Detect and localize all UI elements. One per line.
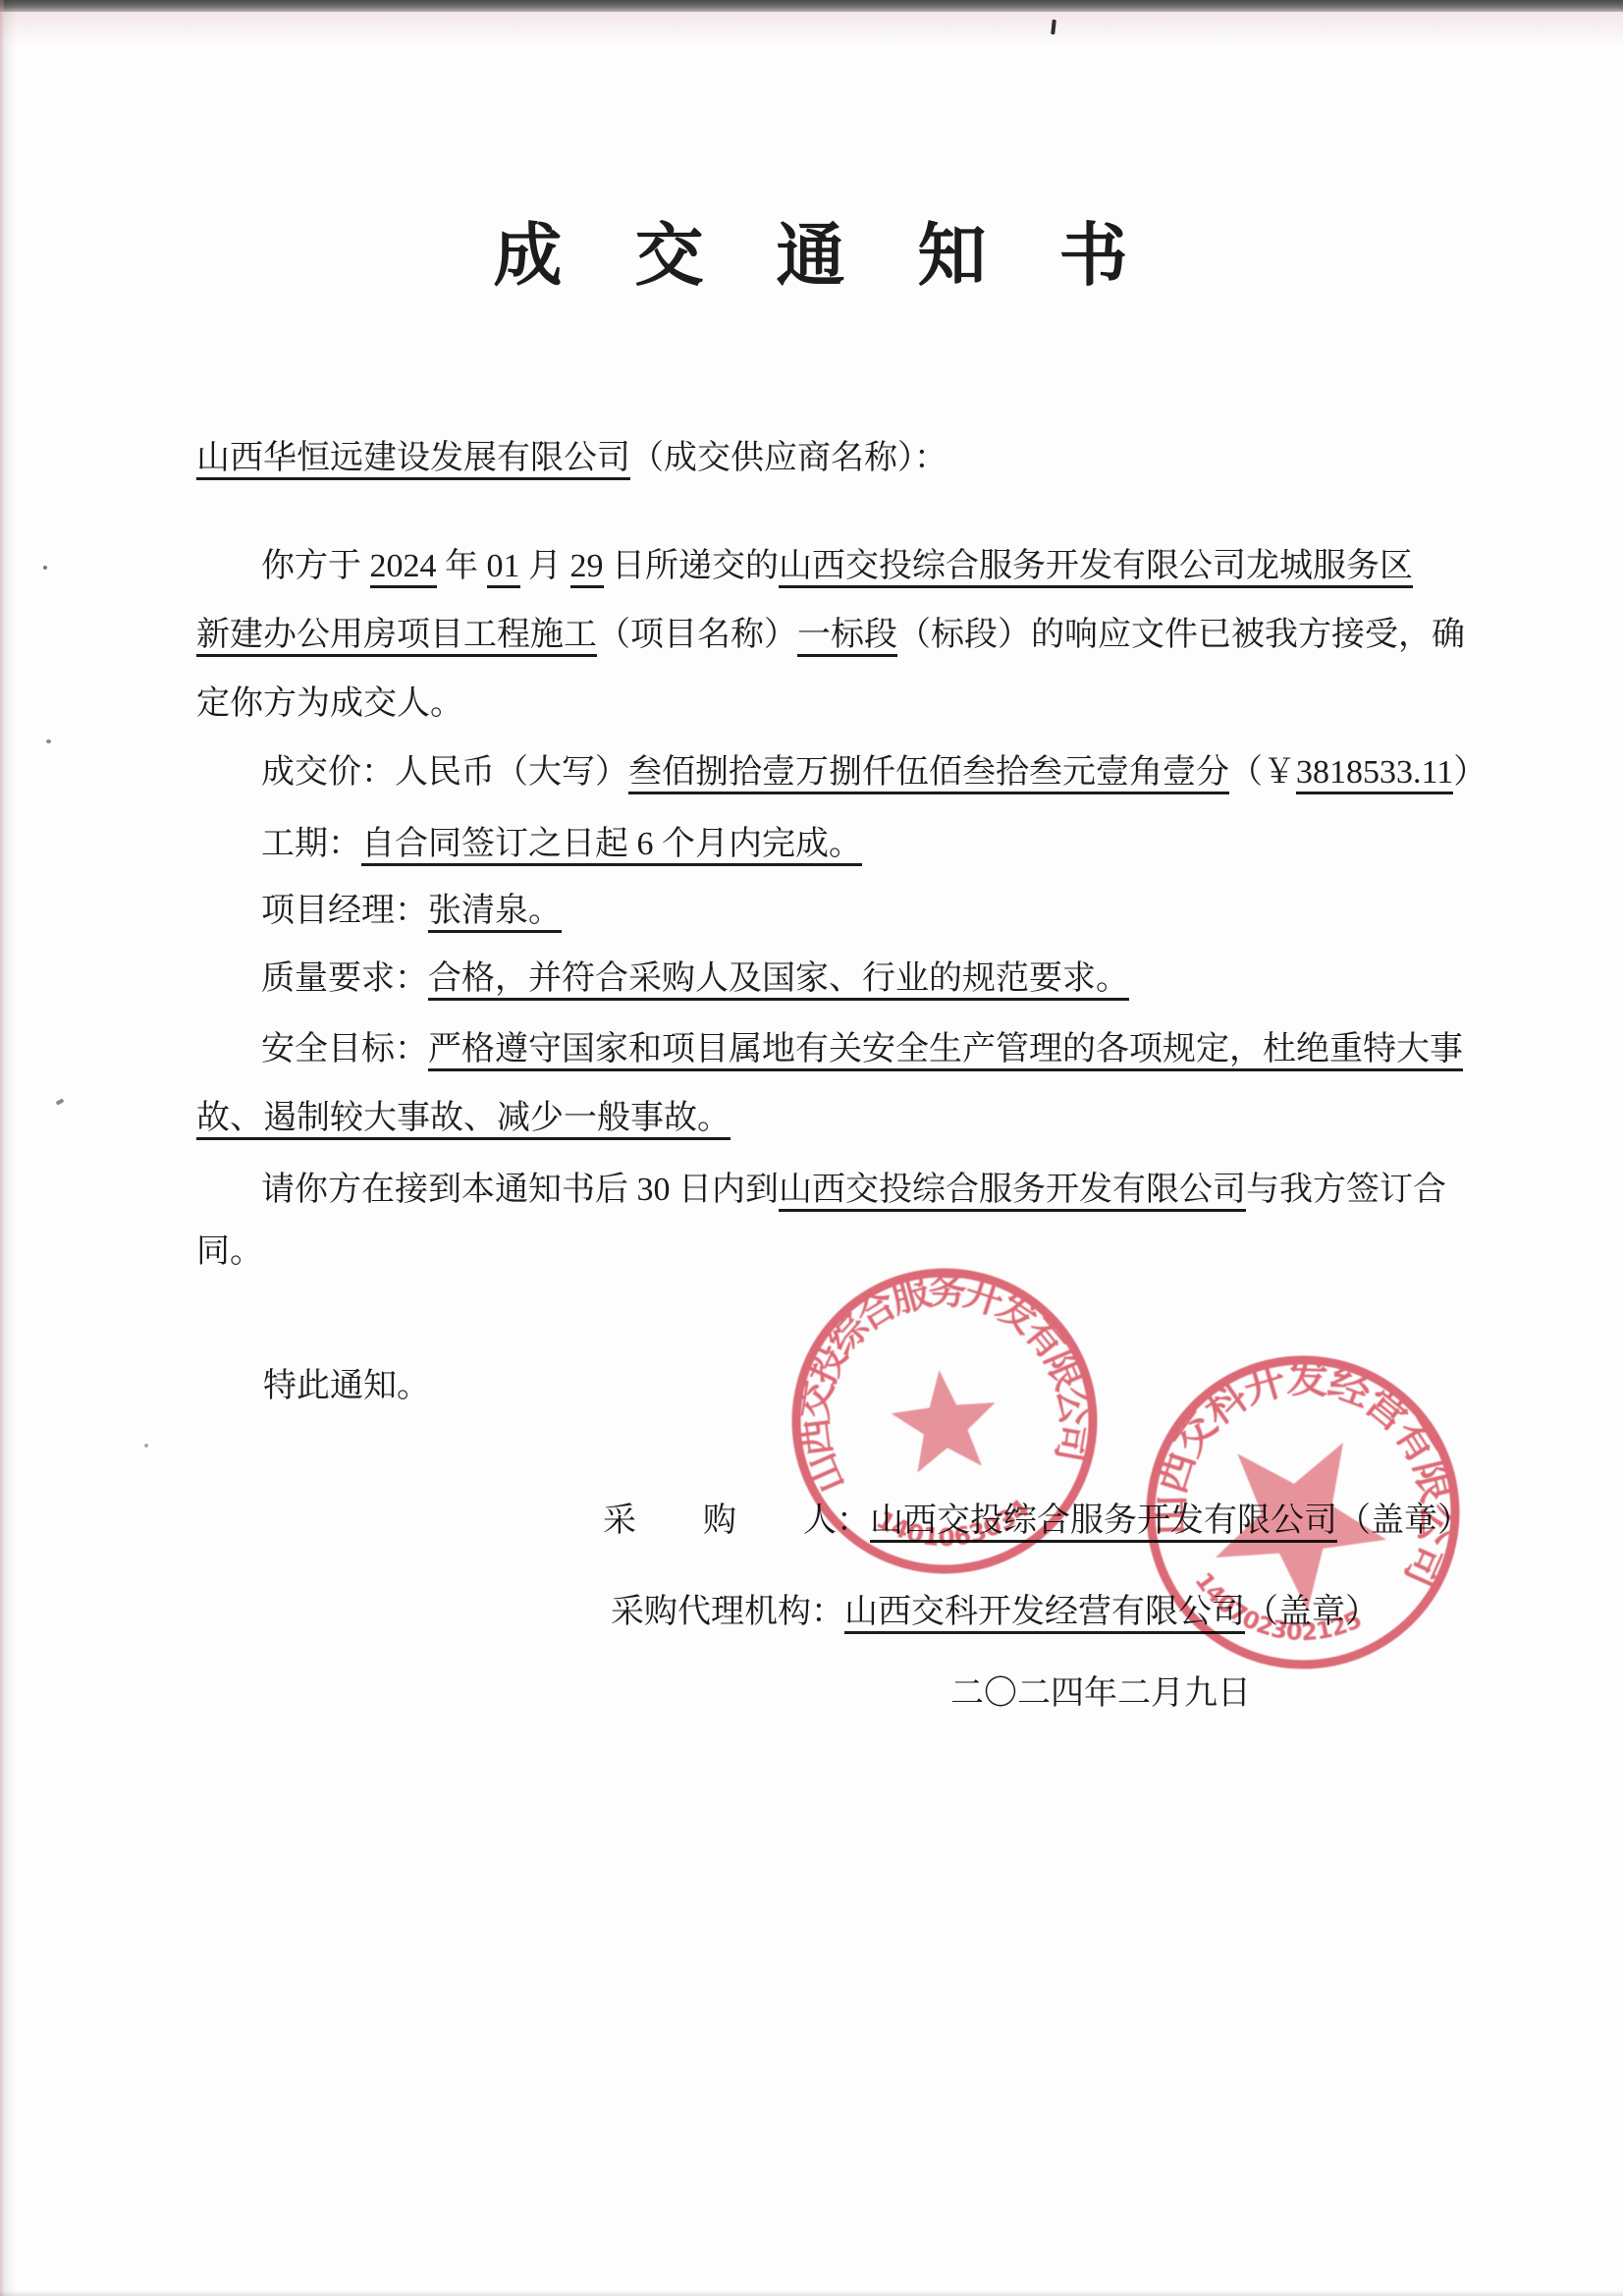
text-segment: ） <box>1453 754 1487 791</box>
official-seal-agency: 山西交科开发经营有限公司 1407023021252 <box>1126 1336 1480 1689</box>
document-title: 成 交 通 知 书 <box>0 213 1623 301</box>
document-line: 项目经理：张清泉。 <box>196 888 562 935</box>
text-segment: 请你方在接到本通知书后 30 日内到 <box>261 1172 779 1208</box>
document-line: 故、遏制较大事故、减少一般事故。 <box>196 1095 730 1142</box>
document-line: 山西华恒远建设发展有限公司（成交供应商名称）： <box>196 435 947 482</box>
text-segment: 工期： <box>261 826 361 862</box>
document-line: 你方于 2024 年 01 月 29 日所递交的山西交投综合服务开发有限公司龙城… <box>196 543 1413 590</box>
text-segment: 特此通知。 <box>263 1368 430 1404</box>
underlined-text-segment: 叁佰捌拾壹万捌仟伍佰叁拾叁元壹角壹分 <box>628 754 1229 794</box>
underlined-text-segment: 张清泉。 <box>428 893 562 933</box>
text-segment: （成交供应商名称）： <box>630 440 947 476</box>
underlined-text-segment: 山西交投综合服务开发有限公司龙城服务区 <box>779 548 1413 588</box>
scan-edge-left-band <box>4 0 16 2296</box>
text-segment: 安全目标： <box>261 1031 428 1067</box>
text-segment: 项目经理： <box>261 893 428 929</box>
scan-speck <box>56 1098 65 1105</box>
text-segment: 你方于 <box>261 548 370 584</box>
underlined-text-segment: 故、遏制较大事故、减少一般事故。 <box>196 1100 730 1140</box>
document-line: 安全目标：严格遵守国家和项目属地有关安全生产管理的各项规定，杜绝重特大事 <box>196 1026 1463 1073</box>
underlined-text-segment: 严格遵守国家和项目属地有关安全生产管理的各项规定，杜绝重特大事 <box>428 1031 1463 1071</box>
text-segment: （￥ <box>1229 754 1296 791</box>
document-line: 同。 <box>196 1229 263 1276</box>
star-icon <box>888 1365 1002 1475</box>
underlined-text-segment: 2024 <box>370 548 437 588</box>
underlined-text-segment: 合格，并符合采购人及国家、行业的规范要求。 <box>428 960 1129 1001</box>
underlined-text-segment: 山西交投综合服务开发有限公司 <box>779 1172 1246 1212</box>
text-segment: 质量要求： <box>261 960 428 997</box>
document-line: 质量要求：合格，并符合采购人及国家、行业的规范要求。 <box>196 956 1129 1003</box>
underlined-text-segment: 新建办公用房项目工程施工 <box>196 617 597 657</box>
scan-edge-top <box>0 0 1623 12</box>
document-line: 定你方为成交人。 <box>196 681 463 728</box>
text-segment: 同。 <box>196 1233 263 1270</box>
text-segment: （项目名称） <box>597 617 797 653</box>
underlined-text-segment: 自合同签订之日起 6 个月内完成。 <box>361 826 862 866</box>
underlined-text-segment: 3818533.11 <box>1296 754 1453 794</box>
text-segment: 年 <box>437 548 487 584</box>
text-segment: 月 <box>520 548 570 584</box>
document-page: 成 交 通 知 书 山西华恒远建设发展有限公司（成交供应商名称）：你方于 202… <box>0 0 1623 2296</box>
underlined-text-segment: 山西华恒远建设发展有限公司 <box>196 440 630 480</box>
text-segment: 日所递交的 <box>604 548 780 584</box>
scan-speck <box>144 1444 148 1448</box>
underlined-text-segment: 一标段 <box>797 617 897 657</box>
underlined-text-segment: 01 <box>487 548 520 588</box>
scan-speck <box>43 566 47 570</box>
text-segment: （标段）的响应文件已被我方接受，确 <box>897 617 1465 653</box>
document-line: 请你方在接到本通知书后 30 日内到山西交投综合服务开发有限公司与我方签订合 <box>196 1167 1446 1214</box>
document-line: 特此通知。 <box>263 1363 430 1410</box>
document-line: 成交价：人民币（大写）叁佰捌拾壹万捌仟伍佰叁拾叁元壹角壹分（￥3818533.1… <box>196 749 1487 796</box>
text-segment: 成交价：人民币（大写） <box>261 754 628 791</box>
text-segment: 与我方签订合 <box>1246 1172 1446 1208</box>
document-line: 新建办公用房项目工程施工（项目名称）一标段（标段）的响应文件已被我方接受，确 <box>196 612 1465 659</box>
official-seal-purchaser: 山西交投综合服务开发有限公司 140106303469 <box>778 1254 1111 1588</box>
scan-edge-bottom <box>0 2290 1623 2296</box>
document-line: 工期：自合同签订之日起 6 个月内完成。 <box>196 821 862 868</box>
scan-edge-top-tint <box>0 12 1623 45</box>
underlined-text-segment: 29 <box>570 548 604 588</box>
text-segment: 定你方为成交人。 <box>196 685 463 722</box>
text-segment: 采购代理机构： <box>611 1594 844 1630</box>
scan-speck <box>46 739 51 743</box>
